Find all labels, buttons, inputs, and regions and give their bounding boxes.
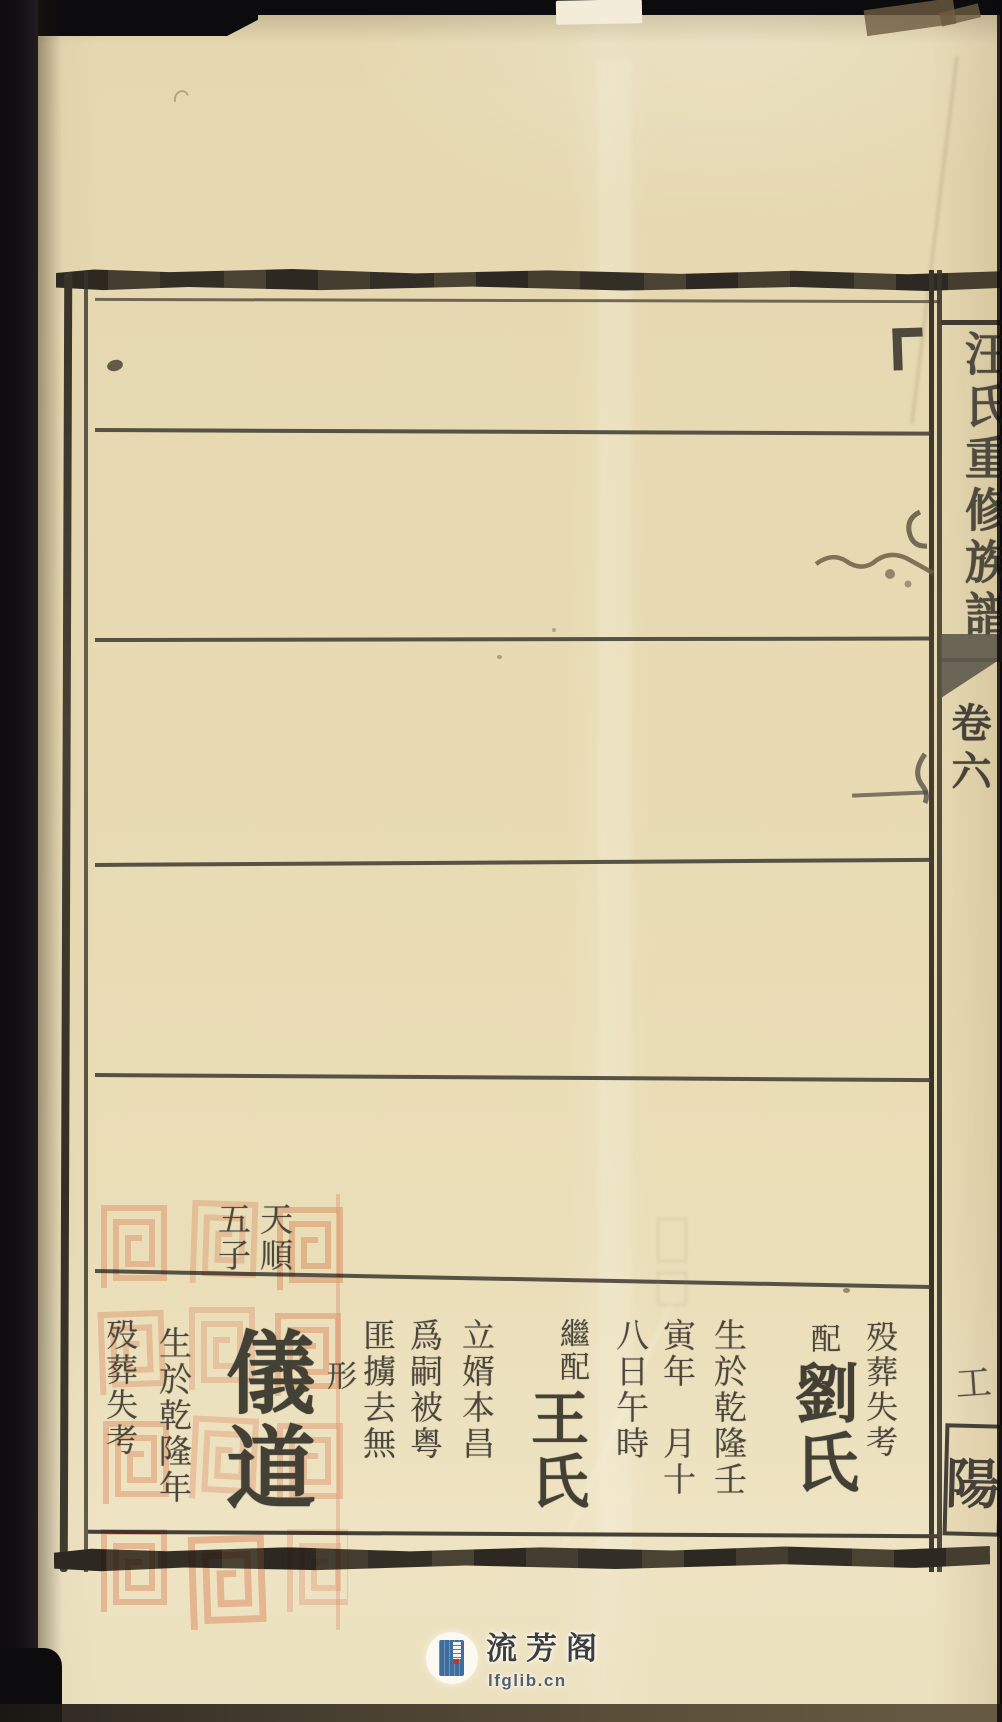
ink-scribble [812,500,942,595]
hall-seal-char: 陽 [945,1441,1001,1519]
title-strip-top-line [941,320,1002,325]
scan-edge-left-shadow [38,0,62,1722]
entry-birth-note: 生於乾隆年 [157,1326,190,1506]
corner-bracket-mark [892,327,923,370]
book-label [453,1642,461,1659]
title-strip-band [941,634,1002,662]
entry-wife1-birth-col3: 八日午時 [614,1318,647,1462]
page-edge-sliver [556,0,642,25]
scan-edge-left [0,0,38,1722]
ink-speck [552,628,556,632]
entry-death-note: 殁葬失考 [104,1318,136,1458]
entry-wife2-name: 王氏 [526,1388,584,1514]
entry-wife1-name: 劉氏 [789,1360,853,1498]
entry-wife2-note-col1: 立婿本昌 [460,1318,493,1462]
frame-right-border [929,270,934,1572]
entry-right-death-note: 殁葬失考 [864,1320,896,1460]
frame-left-inner-border [84,272,88,1572]
generation-header-left: 五子 [216,1202,249,1274]
entry-person-name: 儀道 [218,1326,308,1516]
watermark-circle [426,1632,478,1684]
watermark-site-name: 流芳阁 [486,1634,606,1665]
volume-label: 卷六 [948,702,988,798]
entry-wife1-birth-col2: 寅年 月十 [661,1318,694,1498]
strip-side-char: 工 [951,1363,990,1404]
entry-wife2-label: 繼配 [556,1318,586,1384]
scan-edge-bottom [0,1704,1002,1722]
stitched-book-icon [439,1640,464,1676]
book-label-seal [454,1659,459,1664]
entry-name-side-mark: 形 [323,1360,353,1393]
book-title: 汪氏重修族譜 [962,330,1002,642]
hall-seal-box: 陽 [943,1423,1002,1536]
entry-wife1-birth-col1: 生於乾隆壬 [712,1318,745,1498]
entry-wife2-note-col2: 爲嗣被粤 [408,1318,441,1462]
entry-wife1-label: 配 [807,1323,837,1356]
scanned-genealogy-page: 汪氏重修族譜 卷六 工 陽 天順 五子 [0,0,1002,1722]
entry-wife2-note-col3: 匪擄去無 [361,1318,394,1462]
watermark-site-url: lfglib.cn [488,1672,567,1689]
ink-speck [497,655,502,659]
generation-header-right: 天順 [258,1202,291,1274]
watermark: 流芳阁 lfglib.cn [420,1628,630,1694]
frame-right-border-outer [937,270,942,1572]
bleed-through-mark [657,1272,687,1306]
scan-edge-right [997,0,1002,1722]
ink-hook-mark [908,750,930,808]
ink-speck [843,1288,850,1293]
bleed-through-mark [657,1218,687,1262]
